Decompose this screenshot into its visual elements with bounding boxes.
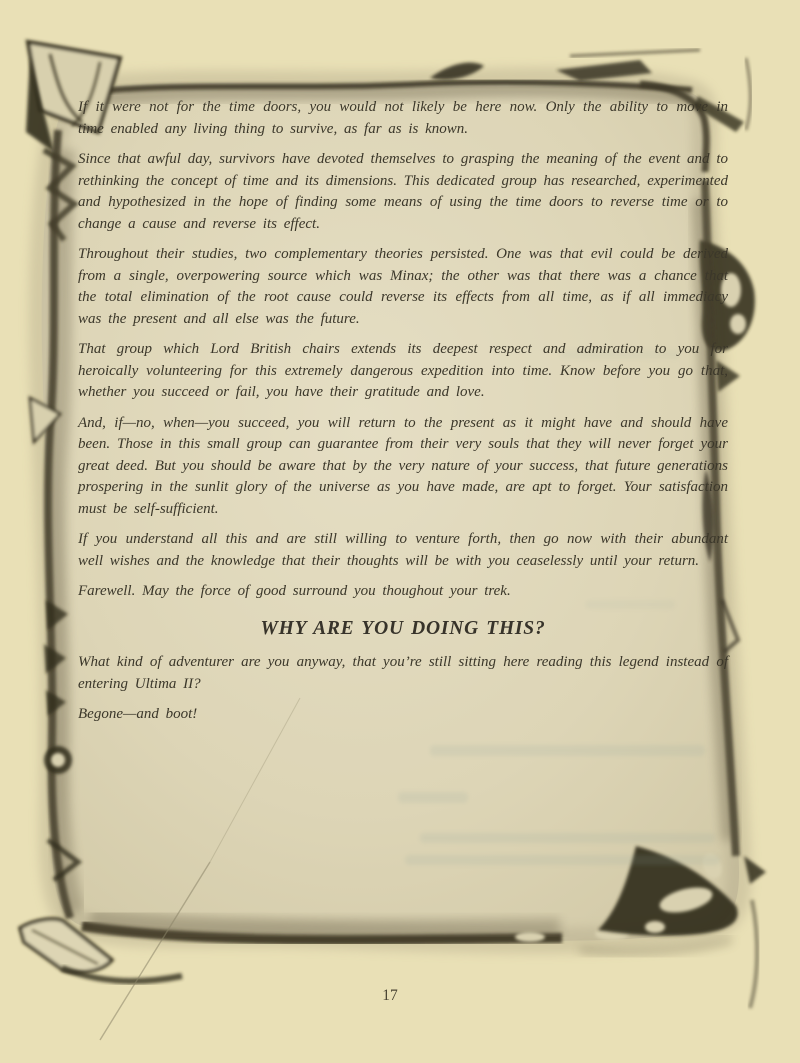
begone-line: Begone—and boot! (78, 704, 728, 726)
section-heading: WHY ARE YOU DOING THIS? (78, 618, 728, 640)
body-paragraph: Throughout their studies, two complement… (78, 244, 728, 330)
page-content: If it were not for the time doors, you w… (78, 97, 728, 735)
farewell-line: Farewell. May the force of good surround… (78, 581, 728, 603)
ink-bleed-through (398, 792, 468, 803)
body-paragraph: What kind of adventurer are you anyway, … (78, 652, 728, 695)
page-number: 17 (0, 987, 780, 1005)
body-paragraph: And, if—no, when—you succeed, you will r… (78, 413, 728, 521)
ink-bleed-through (430, 745, 705, 756)
ink-bleed-through (405, 855, 720, 865)
body-paragraph: If it were not for the time doors, you w… (78, 97, 728, 140)
body-paragraph: If you understand all this and are still… (78, 529, 728, 572)
body-paragraph: That group which Lord British chairs ext… (78, 339, 728, 404)
manual-page: If it were not for the time doors, you w… (0, 0, 800, 1063)
ink-bleed-through (420, 833, 715, 843)
body-paragraph: Since that awful day, survivors have dev… (78, 149, 728, 235)
